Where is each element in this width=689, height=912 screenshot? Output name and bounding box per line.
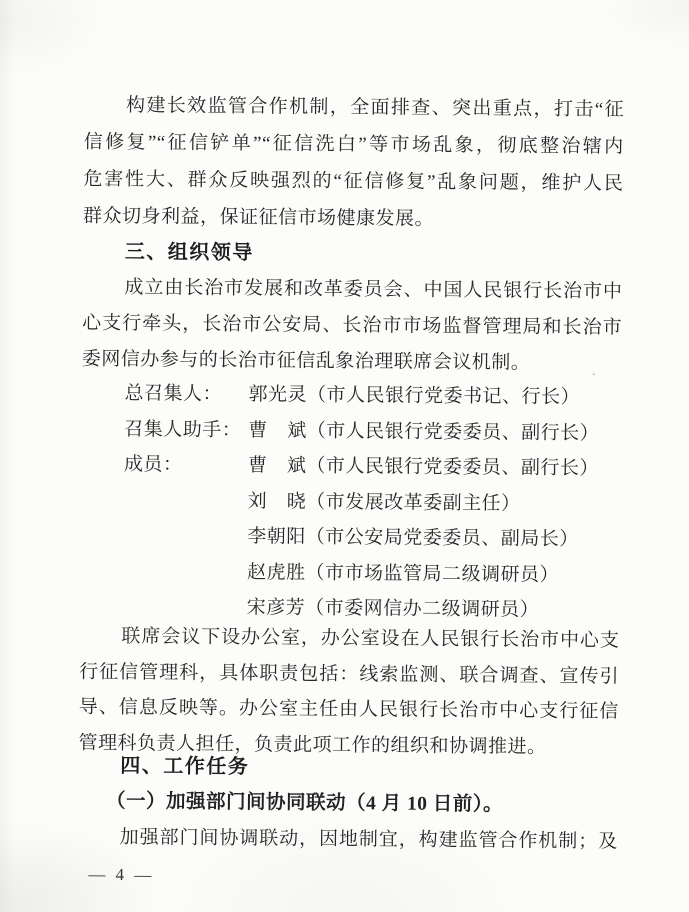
roster-row: 李朝阳（市公安局党委委员、副局长）	[123, 518, 620, 558]
roster-row: 召集人助手： 曹 斌（市人民银行党委委员、副行长）	[124, 412, 621, 452]
text-line: 行征信管理科，具体职责包括：线索监测、联合调查、宣传引	[79, 654, 619, 694]
paragraph-3: 联席会议下设办公室，办公室设在人民银行长治市中心支 行征信管理科，具体职责包括：…	[78, 619, 619, 766]
roster-value: 刘 晓（市发展改革委副主任）	[247, 484, 620, 523]
roster-label: 成员：	[124, 447, 248, 484]
roster-value: 曹 斌（市人民银行党委委员、副行长）	[248, 413, 621, 452]
roster-row: 总召集人： 郭光灵（市人民银行党委书记、行长）	[124, 376, 621, 416]
section-heading-text: 三、组织领导	[83, 234, 623, 276]
text-line: 联席会议下设办公室，办公室设在人民银行长治市中心支	[79, 619, 619, 659]
scanned-text-area: 构建长效监管合作机制，全面排查、突出重点，打击“征 信修复”“征信铲单”“征信洗…	[0, 0, 689, 912]
text-line: 信修复”“征信铲单”“征信洗白”等市场乱象，彻底整治辖内	[84, 124, 624, 166]
text-line: 危害性大、群众反映强烈的“征信修复”乱象问题，维护人民	[83, 161, 623, 203]
section-heading-3: 三、组织领导	[83, 234, 623, 276]
roster-label	[123, 554, 247, 591]
roster-label: 总召集人：	[124, 376, 248, 413]
text-line: 心支行牵头，长治市公安局、长治市市场监督管理局和长治市	[82, 306, 622, 347]
subsection-heading-1: （一）加强部门间协同联动（4 月 10 日前）。	[78, 783, 618, 825]
paragraph-1: 构建长效监管合作机制，全面排查、突出重点，打击“征 信修复”“征信铲单”“征信洗…	[83, 87, 624, 240]
text-line: 导、信息反映等。办公室主任由人民银行长治市中心支行征信	[79, 690, 619, 730]
roster-row: 刘 晓（市发展改革委副主任）	[123, 483, 620, 523]
roster-value: 赵虎胜（市市场监管局二级调研员）	[247, 555, 620, 594]
roster-value: 曹 斌（市人民银行党委委员、副行长）	[248, 448, 621, 487]
roster-value: 李朝阳（市公安局党委委员、副局长）	[247, 519, 620, 558]
text-line: 群众切身利益，保证征信市场健康发展。	[83, 198, 623, 240]
roster-value: 郭光灵（市人民银行党委书记、行长）	[248, 377, 621, 416]
paragraph-2: 成立由长治市发展和改革委员会、中国人民银行长治市中 心支行牵头，长治市公安局、长…	[82, 270, 623, 383]
page-number: — 4 —	[88, 864, 154, 887]
paragraph-4: 加强部门间协调联动，因地制宜，构建监管合作机制；及	[78, 819, 618, 861]
roster: 总召集人： 郭光灵（市人民银行党委书记、行长） 召集人助手： 曹 斌（市人民银行…	[123, 376, 622, 629]
text-line: 成立由长治市发展和改革委员会、中国人民银行长治市中	[82, 270, 622, 311]
subsection-heading-text: （一）加强部门间协同联动（4 月 10 日前）。	[78, 783, 618, 825]
roster-label	[123, 483, 247, 520]
scan-speck	[105, 183, 108, 186]
roster-row: 成员： 曹 斌（市人民银行党委委员、副行长）	[124, 447, 621, 487]
scan-speck	[593, 373, 595, 375]
text-line: 加强部门间协调联动，因地制宜，构建监管合作机制；及	[78, 819, 618, 861]
document-page: 构建长效监管合作机制，全面排查、突出重点，打击“征 信修复”“征信铲单”“征信洗…	[0, 0, 689, 912]
roster-label	[123, 518, 247, 555]
roster-label: 召集人助手：	[124, 412, 248, 449]
text-line: 构建长效监管合作机制，全面排查、突出重点，打击“征	[84, 87, 624, 129]
roster-row: 赵虎胜（市市场监管局二级调研员）	[123, 554, 620, 594]
